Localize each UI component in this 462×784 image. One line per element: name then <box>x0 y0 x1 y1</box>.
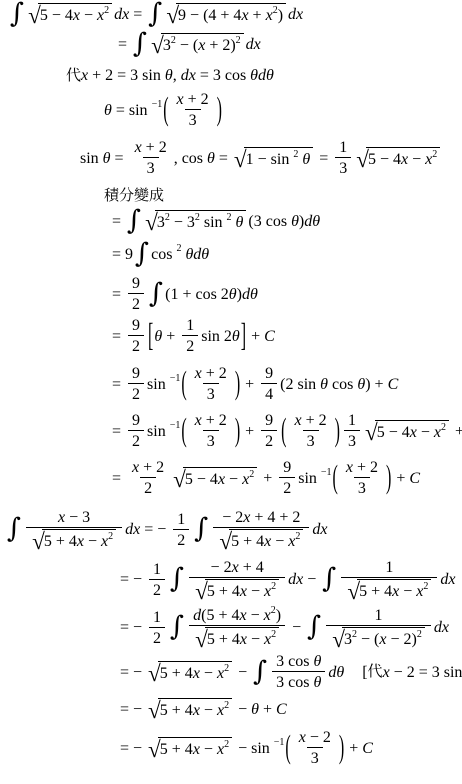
fraction: 1√5 + 4x − x2 <box>341 558 437 601</box>
math-text: = − <box>120 663 146 682</box>
math-variable: x <box>240 630 247 649</box>
math-text: + <box>371 375 388 394</box>
fraction-numerator: 1 <box>149 608 165 627</box>
fraction: x + 23 <box>131 138 171 178</box>
math-text: + <box>249 6 266 25</box>
math-variable: x <box>241 6 248 25</box>
sqrt-expression: √5 + 4x − x2 <box>148 737 232 759</box>
fraction-denominator: √32 − (x − 2)2 <box>326 625 431 649</box>
fraction-denominator: √5 + 4x − x2 <box>189 577 285 601</box>
math-text: − <box>200 701 217 720</box>
math-text: 9 <box>265 411 273 430</box>
superscript: 2 <box>432 149 437 161</box>
math-text: = <box>112 327 125 346</box>
math-text: 5 + 4 <box>207 630 240 649</box>
fraction-numerator: 9 <box>128 274 144 293</box>
sqrt-radicand: 5 + 4x − x2 <box>42 529 116 551</box>
math-text: − <box>200 664 217 683</box>
fraction-numerator: 3 cos θ <box>272 652 325 671</box>
fraction-denominator: 3 <box>203 430 219 451</box>
math-text: 2 <box>144 479 152 498</box>
fraction-numerator: 1 <box>344 411 360 430</box>
math-text: 5 + 4 <box>206 606 239 625</box>
math-text: + <box>451 422 462 441</box>
fraction-numerator: d(5 + 4x − x2) <box>189 606 285 625</box>
math-variable: x <box>425 150 432 169</box>
math-variable: x <box>58 508 65 527</box>
math-text: 5 + 4 <box>231 532 264 551</box>
fraction: 92 <box>128 316 144 356</box>
superscript: 2 <box>271 581 276 593</box>
math-text: − <box>176 36 193 55</box>
math-text: − <box>234 700 251 719</box>
math-text: 2 <box>132 385 140 404</box>
math-text: = − <box>120 739 146 758</box>
math-text: 3 <box>307 432 315 451</box>
math-text: + 2 <box>302 411 327 430</box>
math-variable: x <box>264 582 271 601</box>
math-text: 1 <box>153 560 161 579</box>
math-text: + <box>345 739 362 758</box>
fraction-denominator: 2 <box>128 383 144 404</box>
math-text: + 2 = 3 sin <box>88 66 165 85</box>
math-variable: x <box>217 740 224 759</box>
superscript: −1 <box>170 420 181 432</box>
math-variable: x <box>266 6 273 25</box>
math-text: 3 <box>348 432 356 451</box>
math-text: − 2 <box>306 728 331 747</box>
fraction: 92 <box>128 411 144 451</box>
math-variable: x <box>195 411 202 430</box>
fraction-numerator: 1 <box>371 606 387 625</box>
p1-substitution: 代x + 2 = 3 sin θ, dx = 3 cos θdθ <box>66 66 274 85</box>
fraction-denominator: √5 + 4x − x2 <box>213 527 309 551</box>
p1-nine-cos-squared: = 9∫cos 2 θdθ <box>112 243 209 266</box>
fraction-denominator: 2 <box>182 335 198 356</box>
fence-lp-icon: ( <box>285 729 290 768</box>
fraction: 1√32 − (x − 2)2 <box>326 606 431 649</box>
math-variable: C <box>362 739 373 758</box>
math-variable: θ <box>154 327 162 346</box>
cjk-annotation: 代 <box>66 67 81 85</box>
math-variable: dx <box>434 618 449 637</box>
fence-rp-icon: ) <box>278 6 283 25</box>
math-variable: dθ <box>328 663 344 682</box>
math-text: = <box>112 422 125 441</box>
math-text: = <box>315 149 332 168</box>
fraction-denominator: 2 <box>261 430 277 451</box>
sqrt-radicand: 5 − 4x − x2 <box>375 420 449 442</box>
fraction-numerator: x − 2 <box>295 728 335 747</box>
superscript: 2 <box>227 212 232 224</box>
fraction-denominator: 2 <box>140 477 156 498</box>
fence-rp-icon: ) <box>386 459 391 498</box>
math-text: + 2 <box>202 364 227 383</box>
fraction-numerator: 9 <box>128 364 144 383</box>
superscript: 2 <box>104 5 109 17</box>
math-text: − 2 <box>222 508 243 527</box>
math-text: 2 <box>132 295 140 314</box>
sqrt-expression: √32 − 32 sin 2 θ <box>145 210 246 232</box>
math-text: 3 <box>157 213 165 232</box>
math-text: − 2 <box>211 558 232 577</box>
math-text: , cos <box>174 149 207 168</box>
math-text: + <box>241 422 258 441</box>
fraction-numerator: x + 2 <box>191 411 231 430</box>
superscript: 2 <box>423 581 428 593</box>
math-text: = − <box>120 570 146 589</box>
math-text: 4 <box>265 385 273 404</box>
math-variable: x <box>288 532 295 551</box>
math-text: 1 <box>375 606 383 625</box>
fraction: 12 <box>149 608 165 648</box>
math-variable: x <box>218 470 225 489</box>
fence-rp-icon: ) <box>235 365 240 404</box>
math-text: 9 <box>265 364 273 383</box>
sqrt-radicand: 5 + 4x − x2 <box>158 661 232 683</box>
math-variable: x <box>198 36 205 55</box>
sqrt-expression: √5 + 4x − x2 <box>32 529 116 551</box>
fraction: x + 23 <box>173 90 213 130</box>
fraction-numerator: x + 2 <box>131 138 171 157</box>
math-variable: x <box>299 728 306 747</box>
math-text: = <box>118 35 131 54</box>
p2-two-integrals: = − 12∫− 2x + 4√5 + 4x − x2dx − ∫1√5 + 4… <box>120 558 455 601</box>
fraction: 12 <box>182 316 198 356</box>
sqrt-radicand: 5 − 4x − x2 <box>183 467 257 489</box>
math-text: 9 <box>132 411 140 430</box>
math-text: 5 − 4 <box>40 6 73 25</box>
math-variable: θ <box>232 213 244 232</box>
fraction: x + 23 <box>342 458 382 498</box>
math-variable: dx <box>114 5 129 24</box>
math-text: − sin <box>234 739 274 758</box>
math-text: cos <box>151 245 176 264</box>
sqrt-radicand: 5 + 4x − x2 <box>205 579 279 601</box>
integral-icon: ∫ <box>125 210 143 233</box>
fraction-denominator: 4 <box>261 383 277 404</box>
math-text: = <box>112 212 125 231</box>
sqrt-radicand: 5 + 4x − x2 <box>205 627 279 649</box>
math-text: 3 cos <box>254 212 291 231</box>
sqrt-expression: √5 − 4x − x2 <box>356 147 440 169</box>
fraction: 94 <box>261 364 277 404</box>
fence-rp-icon: ) <box>276 606 281 625</box>
math-text: 2 <box>132 432 140 451</box>
fraction-numerator: 1 <box>149 560 165 579</box>
math-text: + 4 + 2 <box>250 508 300 527</box>
p1-sin-cos: sin θ = x + 23, cos θ = √1 − sin 2 θ = 1… <box>80 138 442 178</box>
superscript: 2 <box>171 35 176 47</box>
sqrt-radicand: 32 − 32 sin 2 θ <box>155 210 247 232</box>
fraction-numerator: 9 <box>261 364 277 383</box>
math-text: 3 <box>189 111 197 130</box>
math-variable: dθ <box>242 285 258 304</box>
math-text: 3 <box>339 159 347 178</box>
fraction-denominator: 2 <box>149 627 165 648</box>
superscript: 2 <box>224 663 229 675</box>
sqrt-expression: √5 + 4x − x2 <box>219 529 303 551</box>
math-text: 1 <box>385 558 393 577</box>
math-variable: θ <box>357 375 365 394</box>
math-variable: x <box>132 458 139 477</box>
sqrt-expression: √32 − (x − 2)2 <box>332 627 425 649</box>
math-text: − <box>408 150 425 169</box>
fraction-denominator: √5 + 4x − x2 <box>341 577 437 601</box>
math-text: 9 <box>132 274 140 293</box>
fraction-numerator: 9 <box>261 411 277 430</box>
math-variable: x <box>193 664 200 683</box>
fraction: 12 <box>173 510 189 550</box>
math-variable: x <box>416 582 423 601</box>
fraction-numerator: x + 2 <box>191 364 231 383</box>
math-text: = − <box>140 520 170 539</box>
math-variable: x <box>240 582 247 601</box>
sqrt-radicand: 1 − sin 2 θ <box>244 147 314 169</box>
math-text: 3 cos <box>276 673 313 692</box>
math-variable: x <box>346 458 353 477</box>
math-variable: dx <box>312 520 327 539</box>
math-variable: x <box>401 150 408 169</box>
math-variable: x <box>177 90 184 109</box>
fraction-denominator: 2 <box>149 579 165 600</box>
fraction-numerator: 9 <box>279 458 295 477</box>
fraction: 13 <box>335 138 351 178</box>
math-text: 3 <box>344 630 352 649</box>
fraction-numerator: 9 <box>128 411 144 430</box>
math-text: 5 − 4 <box>377 423 410 442</box>
fence-rb-icon: ] <box>241 317 246 356</box>
sqrt-radicand: 9 − (4 + 4x + x2) <box>176 3 286 25</box>
math-text: 1 <box>339 138 347 157</box>
math-variable: θ <box>291 212 299 231</box>
math-variable: C <box>264 327 275 346</box>
math-variable: x <box>379 630 386 649</box>
fraction-denominator: 3 <box>203 383 219 404</box>
math-variable: x <box>193 701 200 720</box>
fraction-denominator: 3 <box>335 157 351 178</box>
math-text: sin <box>147 422 170 441</box>
math-variable: dx <box>288 570 303 589</box>
math-text: 3 <box>311 749 319 768</box>
math-text: − 3 <box>65 508 90 527</box>
math-variable: θ <box>207 149 215 168</box>
fraction-denominator: 3 <box>354 477 370 498</box>
fence-rp-icon: ) <box>235 412 240 451</box>
fraction-denominator: 2 <box>128 293 144 314</box>
math-text: − <box>200 740 217 759</box>
math-text: sin <box>298 469 321 488</box>
math-text: − <box>357 630 374 649</box>
fraction-denominator: 2 <box>279 477 295 498</box>
math-variable: x <box>195 364 202 383</box>
fence-lp-icon: ( <box>181 365 186 404</box>
math-text: 2 <box>283 479 291 498</box>
math-text: 2 <box>186 337 194 356</box>
math-text: + <box>392 469 409 488</box>
math-text: + 2 <box>142 138 167 157</box>
sqrt-expression: √32 − (x + 2)2 <box>151 33 244 55</box>
p1-complete-square: = ∫√32 − (x + 2)2dx <box>118 33 261 56</box>
math-text: 4 + 4 <box>208 6 241 25</box>
integral-icon: ∫ <box>251 661 269 684</box>
math-text: sin <box>80 149 103 168</box>
math-text: 1 <box>186 316 194 335</box>
math-text: − <box>399 582 416 601</box>
sqrt-expression: √5 − 4x − x2 <box>173 467 257 489</box>
math-text: 5 + 4 <box>160 701 193 720</box>
math-text: 2 <box>177 531 185 550</box>
p1-result: = x + 22√5 − 4x − x2 + 92sin −1(x + 23) … <box>112 458 420 498</box>
p2-differential-form: = − 12∫d(5 + 4x − x2)√5 + 4x − x2 − ∫1√3… <box>120 606 449 649</box>
math-variable: x <box>264 630 271 649</box>
math-text: + 2 <box>353 458 378 477</box>
math-text: − <box>247 582 264 601</box>
p1-back-substitute-1: = 92sin −1(x + 23) + 94(2 sin θ cos θ) +… <box>112 364 398 404</box>
p1-half-angle: = 92∫(1 + cos 2θ)dθ <box>112 274 258 314</box>
math-variable: x <box>295 411 302 430</box>
math-text: − <box>225 470 242 489</box>
math-text: + 2 <box>202 411 227 430</box>
math-text: 3 cos <box>276 652 313 671</box>
math-variable: x <box>242 470 249 489</box>
fraction-numerator: − 2x + 4 + 2 <box>218 508 304 527</box>
math-text: + 2 <box>184 90 209 109</box>
math-text: − <box>80 6 97 25</box>
fence-rp-icon: ) <box>339 729 344 768</box>
math-variable: x <box>77 532 84 551</box>
math-variable: θ <box>320 375 328 394</box>
fraction: 13 <box>344 411 360 451</box>
cjk-annotation: 積分變成 <box>104 187 164 205</box>
math-text: 5 + 4 <box>160 664 193 683</box>
superscript: 2 <box>293 149 298 161</box>
math-variable: θ <box>314 673 322 692</box>
math-text: 3 <box>358 479 366 498</box>
p2-split: ∫x − 3√5 + 4x − x2dx = − 12∫− 2x + 4 + 2… <box>5 508 327 551</box>
fraction: x − 3√5 + 4x − x2 <box>26 508 122 551</box>
fraction-numerator: 1 <box>381 558 397 577</box>
math-text: 1 − sin <box>246 150 294 169</box>
sqrt-radicand: 5 + 4x − x2 <box>229 529 303 551</box>
math-text: = <box>112 375 125 394</box>
math-variable: θ <box>104 101 112 120</box>
superscript: 2 <box>176 243 181 255</box>
math-variable: θ <box>229 285 237 304</box>
math-text: − <box>417 423 434 442</box>
math-variable: dx <box>181 66 196 85</box>
math-variable: θdθ <box>181 245 209 264</box>
sqrt-expression: √5 + 4x − x2 <box>195 579 279 601</box>
cjk-annotation: 代 <box>368 663 383 681</box>
math-text: = 9 <box>112 245 133 264</box>
sqrt-expression: √5 + 4x − x2 <box>347 579 431 601</box>
fraction: 92 <box>261 411 277 451</box>
math-text: + 2 <box>139 458 164 477</box>
math-text: 2 <box>132 337 140 356</box>
math-text: = <box>129 5 146 24</box>
fraction-numerator: x + 2 <box>291 411 331 430</box>
sqrt-radicand: 5 + 4x − x2 <box>158 737 232 759</box>
superscript: 2 <box>441 422 446 434</box>
fence-lp-icon: ( <box>281 412 286 451</box>
fraction: x + 23 <box>191 411 231 451</box>
math-text: − <box>84 532 101 551</box>
math-variable: x <box>264 606 271 625</box>
math-text: + <box>241 375 258 394</box>
math-variable: C <box>276 700 287 719</box>
fraction: 92 <box>128 364 144 404</box>
math-text: 3 <box>207 385 215 404</box>
math-text: = <box>215 149 232 168</box>
math-variable: x <box>240 606 247 625</box>
math-variable: x <box>383 663 390 682</box>
math-text: 2 sin <box>286 375 321 394</box>
superscript: 2 <box>108 531 113 543</box>
fraction-numerator: 1 <box>335 138 351 157</box>
sqrt-radicand: 5 + 4x − x2 <box>158 698 232 720</box>
math-variable: θ <box>298 150 310 169</box>
math-text: 2 <box>153 629 161 648</box>
math-variable: x <box>81 66 88 85</box>
fraction-denominator: 2 <box>128 335 144 356</box>
superscript: −1 <box>321 467 332 479</box>
integral-icon: ∫ <box>168 568 186 591</box>
fence-rp-icon: ) <box>217 91 222 130</box>
fraction-denominator: 3 cos θ <box>272 671 325 692</box>
math-text: + <box>162 327 179 346</box>
fraction-numerator: x + 2 <box>342 458 382 477</box>
superscript: 2 <box>224 700 229 712</box>
math-variable: x <box>243 508 250 527</box>
sqrt-expression: √5 + 4x − x2 <box>148 698 232 720</box>
integral-icon: ∫ <box>8 3 26 26</box>
sqrt-radicand: 5 − 4x − x2 <box>38 3 112 25</box>
math-text: = <box>112 285 125 304</box>
math-variable: θ <box>251 700 259 719</box>
math-text: = <box>112 469 125 488</box>
superscript: 2 <box>417 629 422 641</box>
integral-icon: ∫ <box>147 283 165 306</box>
sqrt-radicand: 32 − (x + 2)2 <box>161 33 244 55</box>
p1-integral-sub: = ∫√32 − 32 sin 2 θ(3 cos θ)dθ <box>112 210 320 233</box>
math-variable: x <box>392 582 399 601</box>
math-variable: θ <box>314 652 322 671</box>
superscript: 2 <box>195 212 200 224</box>
fraction: 12 <box>149 560 165 600</box>
sqrt-expression: √5 + 4x − x2 <box>195 627 279 649</box>
fraction-numerator: x + 2 <box>173 90 213 109</box>
math-text: 5 + 4 <box>359 582 392 601</box>
math-text: 2 <box>265 432 273 451</box>
math-text: − 2 <box>386 630 411 649</box>
p1-theta: θ = sin −1(x + 23) <box>104 90 223 130</box>
sqrt-expression: √9 − (4 + 4x + x2) <box>166 3 286 25</box>
math-text: + <box>247 327 264 346</box>
math-text: = − <box>120 700 146 719</box>
fraction-numerator: 9 <box>128 316 144 335</box>
p1-label: 積分變成 <box>104 187 164 205</box>
math-variable: θ <box>165 66 173 85</box>
fraction: 92 <box>128 274 144 314</box>
fraction: x + 23 <box>291 411 331 451</box>
math-variable: C <box>388 375 399 394</box>
fraction: x − 23 <box>295 728 335 768</box>
math-text: − <box>288 618 305 637</box>
math-variable: dx <box>125 520 140 539</box>
math-text: 1 <box>348 411 356 430</box>
integral-icon: ∫ <box>305 616 323 639</box>
